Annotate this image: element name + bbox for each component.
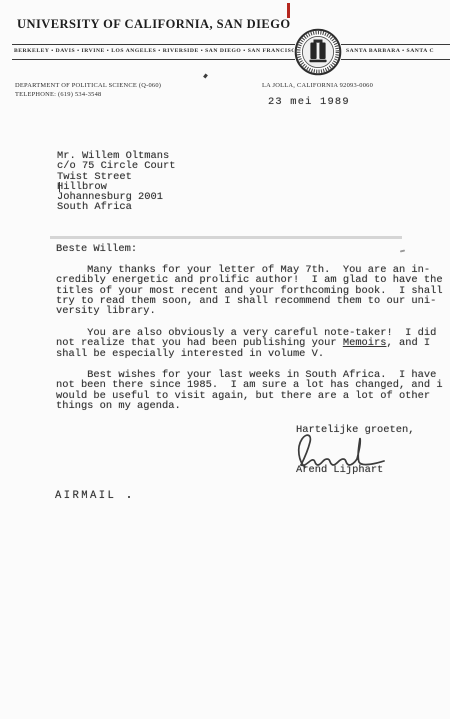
department-block: DEPARTMENT OF POLITICAL SCIENCE (Q-060) …	[15, 82, 161, 99]
location-line: LA JOLLA, CALIFORNIA 92093-0060	[262, 82, 373, 89]
salutation: Beste Willem:	[56, 244, 137, 254]
scan-artifact-band	[50, 236, 402, 239]
text-line: shall be especially interested in volume…	[56, 349, 436, 359]
letter-date: 23 mei 1989	[268, 97, 350, 107]
ink-speck	[400, 250, 405, 253]
body-paragraph-3: Best wishes for your last weeks in South…	[56, 370, 443, 411]
ink-speck	[128, 496, 130, 498]
text-line: South Africa	[57, 202, 175, 212]
sender-typed-name: Arend Lijphart	[296, 465, 383, 475]
letter-page: UNIVERSITY OF CALIFORNIA, SAN DIEGO BERK…	[0, 0, 450, 719]
letterhead-rule-bottom-right	[341, 59, 450, 60]
recipient-address: Mr. Willem Oltmansc/o 75 Circle CourtTwi…	[57, 151, 175, 213]
text-line: things on my agenda.	[56, 401, 443, 411]
letterhead-rule-bottom-left	[12, 59, 295, 60]
university-name: UNIVERSITY OF CALIFORNIA, SAN DIEGO	[17, 17, 291, 32]
typo-overstrike-mark	[59, 182, 60, 192]
letterhead-rule-top-right	[341, 44, 450, 45]
airmail-label: AIRMAIL	[55, 491, 116, 501]
body-paragraph-1: Many thanks for your letter of May 7th. …	[56, 265, 443, 316]
text-line: versity library.	[56, 306, 443, 316]
telephone-line: TELEPHONE: (619) 534-3548	[15, 91, 161, 100]
letterhead-rule-top-left	[12, 44, 295, 45]
university-seal-icon	[294, 28, 342, 76]
ink-speck	[203, 74, 208, 79]
campus-list-left: BERKELEY • DAVIS • IRVINE • LOS ANGELES …	[14, 48, 294, 54]
body-paragraph-2: You are also obviously a very careful no…	[56, 328, 436, 359]
campus-list-right: SANTA BARBARA • SANTA C	[346, 48, 450, 54]
red-ink-mark	[287, 3, 290, 18]
department-line: DEPARTMENT OF POLITICAL SCIENCE (Q-060)	[15, 82, 161, 91]
